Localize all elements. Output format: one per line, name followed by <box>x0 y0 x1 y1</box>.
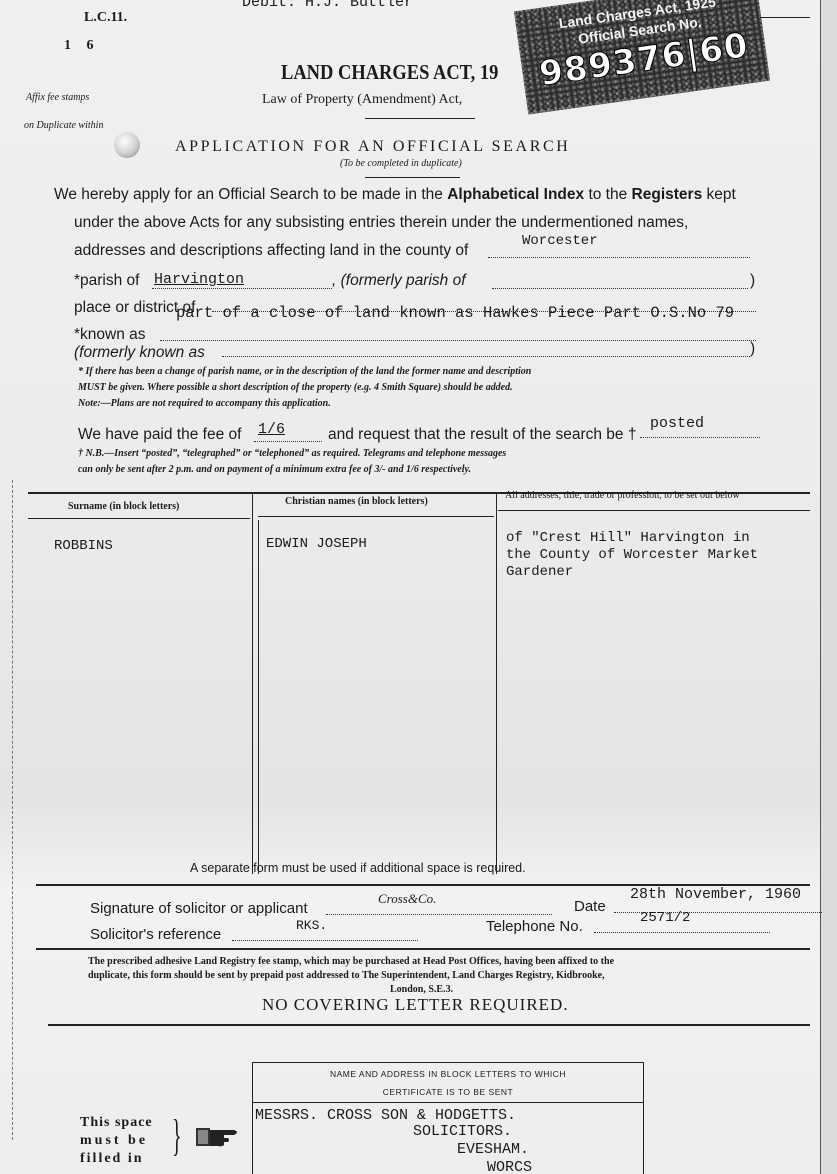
header-underline <box>258 516 494 517</box>
date-label: Date <box>574 898 606 915</box>
stamp-side-rule <box>760 17 810 18</box>
telephone-label: Telephone No. <box>486 918 583 935</box>
signature-value: Cross&Co. <box>378 891 436 907</box>
act-subtitle: Law of Property (Amendment) Act, <box>262 92 462 108</box>
table-col-divider <box>258 520 259 874</box>
county-value: Worcester <box>522 233 598 249</box>
fee-value: 1/6 <box>258 421 285 438</box>
table-footer-note: A separate form must be used if addition… <box>190 861 526 875</box>
instructions-line-2: duplicate, this form should be sent by p… <box>88 970 605 981</box>
intro-text: We hereby apply for an Official Search t… <box>54 186 447 203</box>
address-box-divider <box>253 1102 643 1103</box>
cell-christian-names: EDWIN JOSEPH <box>266 536 367 552</box>
header-underline <box>498 510 810 511</box>
telephone-field[interactable] <box>594 932 770 933</box>
form-heading-note: (To be completed in duplicate) <box>340 158 462 169</box>
county-field[interactable] <box>488 257 750 258</box>
known-as-field[interactable] <box>160 340 756 341</box>
instructions-bottom-rule <box>48 1024 810 1026</box>
address-line: of "Crest Hill" Harvington in <box>506 530 758 547</box>
intro-text: kept <box>702 186 736 203</box>
formerly-parish-field[interactable] <box>492 288 748 289</box>
intro-bold-registers: Registers <box>632 186 703 203</box>
signature-label: Signature of solicitor or applicant <box>90 900 308 917</box>
date-value: 28th November, 1960 <box>630 886 801 903</box>
intro-bold-index: Alphabetical Index <box>447 186 584 203</box>
known-as-label: *known as <box>74 326 146 344</box>
result-field[interactable] <box>640 437 760 438</box>
side-note-line: filled in <box>80 1150 153 1168</box>
form-code: L.C.11. <box>84 10 127 26</box>
cell-address: of "Crest Hill" Harvington in the County… <box>506 530 758 581</box>
side-note: This space must be filled in <box>80 1114 153 1168</box>
signature-bottom-rule <box>36 948 810 950</box>
perforation-line <box>12 480 13 1140</box>
result-label: and request that the result of the searc… <box>328 426 636 444</box>
instructions-line-3: London, S.E.3. <box>390 984 453 995</box>
cell-surname: ROBBINS <box>54 538 113 554</box>
parish-value: Harvington <box>154 271 244 288</box>
address-line-2: SOLICITORS. <box>413 1123 512 1140</box>
formerly-known-field[interactable] <box>222 356 750 357</box>
fee-label: We have paid the fee of <box>78 426 241 444</box>
footnote-2: MUST be given. Where possible a short de… <box>78 382 513 393</box>
telephone-value: 2571/2 <box>640 910 690 926</box>
footnote-1: * If there has been a change of parish n… <box>78 366 531 377</box>
formerly-known-label: (formerly known as <box>74 344 205 362</box>
header-addresses: All addresses, title, trade or professio… <box>505 490 740 501</box>
margin-note-2: on Duplicate within <box>24 120 103 131</box>
address-box-header-1: NAME AND ADDRESS IN BLOCK LETTERS TO WHI… <box>253 1067 643 1081</box>
address-line: the County of Worcester Market <box>506 547 758 564</box>
footnote-3: Note:—Plans are not required to accompan… <box>78 398 331 409</box>
reference-field[interactable] <box>232 940 418 941</box>
address-box-header-2: CERTIFICATE IS TO BE SENT <box>253 1085 643 1099</box>
address-line-4: WORCS <box>487 1159 532 1174</box>
act-title: LAND CHARGES ACT, 19 <box>281 60 498 85</box>
paren-close: ) <box>750 272 755 290</box>
certificate-address-box: NAME AND ADDRESS IN BLOCK LETTERS TO WHI… <box>252 1062 644 1174</box>
address-line-3: EVESHAM. <box>457 1141 529 1158</box>
reference-label: Solicitor's reference <box>90 926 221 943</box>
title-divider <box>365 118 475 119</box>
header-underline <box>28 518 250 519</box>
intro-line-2: under the above Acts for any subsisting … <box>74 214 688 232</box>
debit-note: Debit: H.J. Buttler <box>242 0 413 11</box>
intro-text: to the <box>584 186 631 203</box>
no-covering-letter: NO COVERING LETTER REQUIRED. <box>262 995 569 1015</box>
pointing-hand-icon <box>194 1122 242 1150</box>
page-edge-strip <box>821 0 837 1174</box>
formerly-parish-label: , (formerly parish of <box>332 272 466 290</box>
margin-note-1: Affix fee stamps <box>26 92 89 103</box>
address-line-1: MESSRS. CROSS SON & HODGETTS. <box>255 1107 516 1124</box>
parish-label: *parish of <box>74 272 139 290</box>
county-label: addresses and descriptions affecting lan… <box>74 242 468 260</box>
nb-line-1: † N.B.—Insert “posted”, “telegraphed” or… <box>78 448 506 459</box>
form-heading: APPLICATION FOR AN OFFICIAL SEARCH <box>175 138 570 156</box>
brace-icon: } <box>172 1112 182 1160</box>
header-surname: Surname (in block letters) <box>68 501 179 512</box>
table-col-divider <box>496 492 497 874</box>
header-christian-names: Christian names (in block letters) <box>285 496 428 507</box>
instructions-line-1: The prescribed adhesive Land Registry fe… <box>88 956 614 967</box>
known-as-value: part of a close of land known as Hawkes … <box>176 304 734 322</box>
intro-line-1: We hereby apply for an Official Search t… <box>54 186 736 204</box>
side-note-line: This space <box>80 1114 153 1132</box>
handwritten-mark: 1 6 <box>64 38 100 54</box>
paren-close: ) <box>750 340 755 358</box>
address-line: Gardener <box>506 564 758 581</box>
fee-field[interactable] <box>254 441 322 442</box>
parish-field[interactable] <box>152 288 332 289</box>
table-col-divider <box>252 492 253 874</box>
reference-value: RKS. <box>296 918 327 933</box>
heading-divider <box>365 177 460 178</box>
nb-line-2: can only be sent after 2 p.m. and on pay… <box>78 464 471 475</box>
side-note-line: must be <box>80 1132 153 1150</box>
result-value: posted <box>650 415 704 432</box>
punch-hole <box>114 132 140 158</box>
signature-field[interactable] <box>326 914 552 915</box>
